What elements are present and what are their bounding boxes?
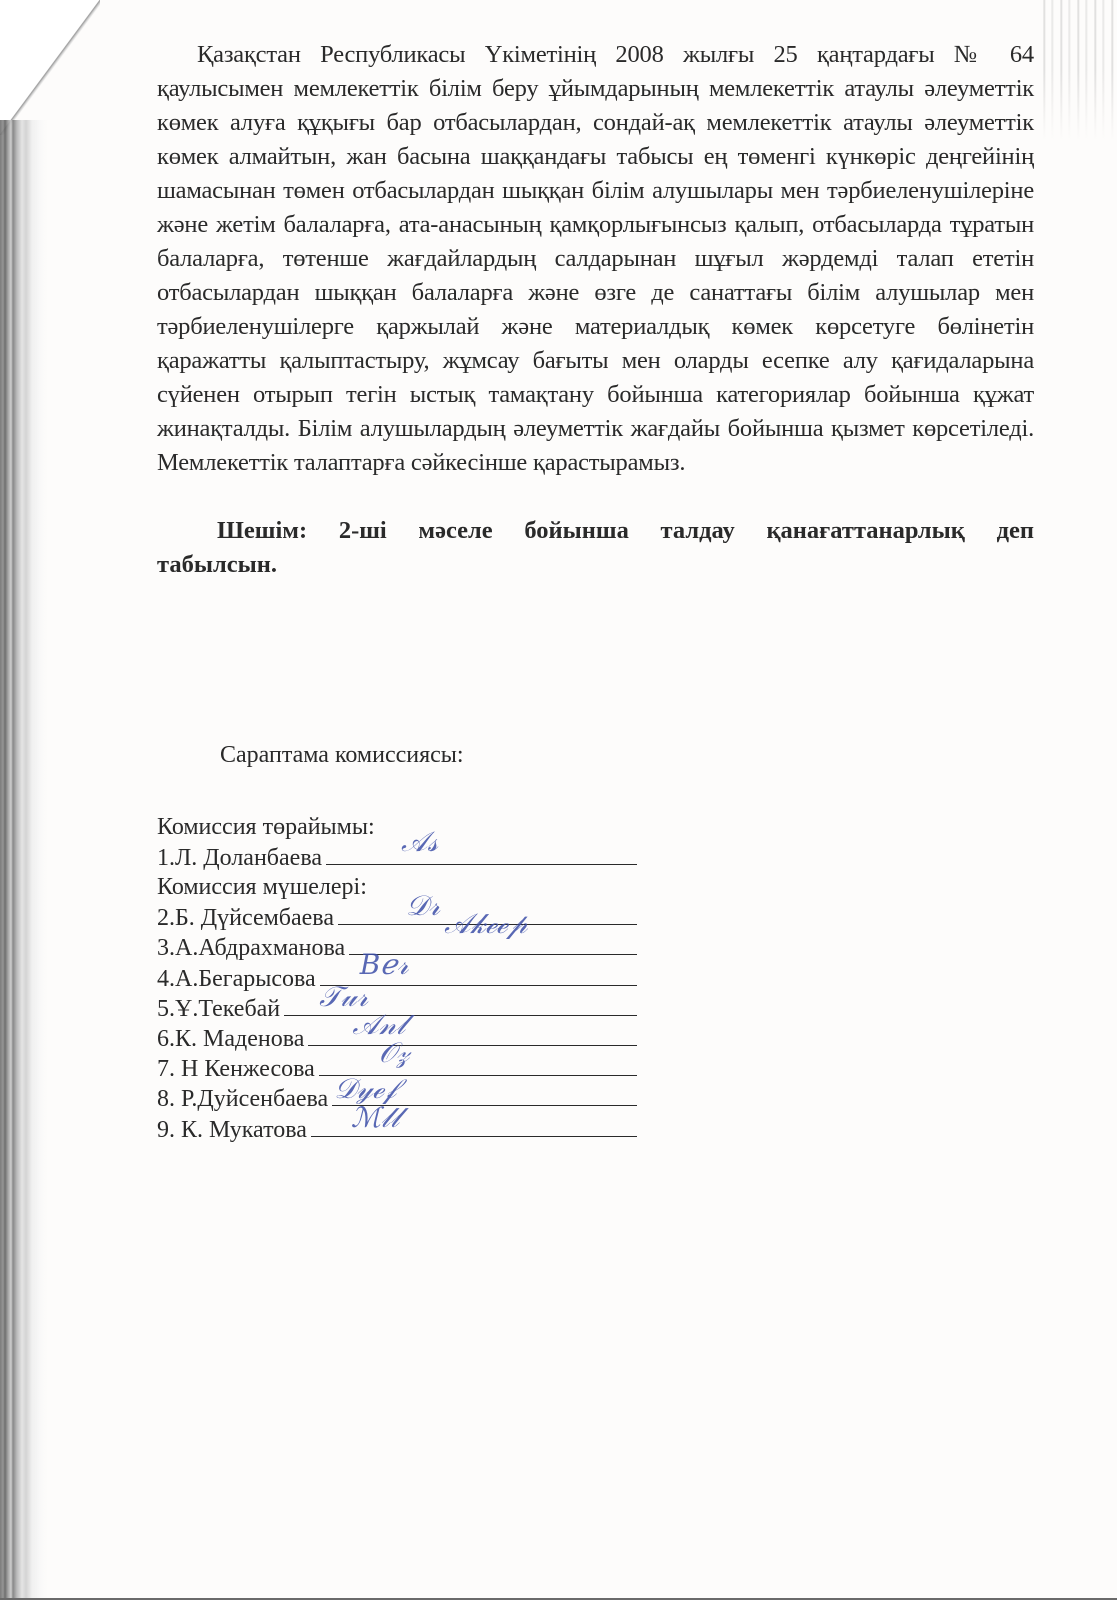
scan-corner-fold: [0, 0, 100, 135]
signatory-name: 9. К. Мукатова: [157, 1115, 307, 1145]
signature-row-member: 8. Р.Дуйсенбаева 𝒟𝓎ℯ𝒻: [157, 1083, 637, 1113]
signature-row-member: 6.К. Маденова 𝒜𝓃𝓁: [157, 1023, 637, 1053]
signature-line: 𝐵ℯ𝓇: [320, 963, 637, 986]
signature-line: 𝒟𝓎ℯ𝒻: [332, 1083, 637, 1106]
main-paragraph: Қазақстан Республикасы Үкіметінің 2008 ж…: [157, 38, 1034, 480]
signatory-name: 5.Ұ.Текебай: [157, 994, 280, 1024]
signatory-name: 4.А.Бегарысова: [157, 964, 316, 994]
signature-row-member: 3.А.Абдрахманова 𝒜𝓀ℯℯ𝓅: [157, 932, 637, 962]
signature-row-chair: 1.Л. Доланбаева 𝒜𝓈: [157, 842, 637, 872]
members-heading: Комиссия мүшелері:: [157, 872, 637, 902]
signatory-name: 1.Л. Доланбаева: [157, 843, 322, 873]
signatory-name: 6.К. Маденова: [157, 1024, 304, 1054]
signature-line: 𝒜𝓃𝓁: [308, 1023, 637, 1046]
scan-edge-fade: [0, 120, 60, 1600]
signature-block: Комиссия төрайымы: 1.Л. Доланбаева 𝒜𝓈 Ко…: [157, 812, 637, 1144]
signature-line: 𝒯𝓊𝓇: [284, 993, 637, 1016]
signature-row-member: 2.Б. Дүйсембаева 𝒟𝓇: [157, 902, 637, 932]
commission-title: Сараптама комиссиясы:: [220, 742, 464, 769]
decision-paragraph: Шешім: 2-ші мәселе бойынша талдау қанаға…: [157, 514, 1034, 582]
signature-row-member: 7. Н Кенжесова 𝒪𝓏: [157, 1053, 637, 1083]
scan-edge-shadow-right: [1037, 0, 1117, 140]
signature-line: ℳ𝓁𝓁: [311, 1114, 637, 1137]
decision-text-end: табылсын.: [157, 551, 277, 578]
signature-line: 𝒪𝓏: [319, 1053, 637, 1076]
document-body: Қазақстан Республикасы Үкіметінің 2008 ж…: [157, 38, 1034, 582]
chair-heading: Комиссия төрайымы:: [157, 812, 637, 842]
signature-line: 𝒜𝓀ℯℯ𝓅: [349, 932, 637, 955]
signature-line: 𝒜𝓈: [326, 842, 637, 865]
signature-line: 𝒟𝓇: [338, 902, 637, 925]
signature-row-member: 9. К. Мукатова ℳ𝓁𝓁: [157, 1114, 637, 1144]
signatory-name: 7. Н Кенжесова: [157, 1054, 315, 1084]
signature-row-member: 4.А.Бегарысова 𝐵ℯ𝓇: [157, 963, 637, 993]
signature-row-member: 5.Ұ.Текебай 𝒯𝓊𝓇: [157, 993, 637, 1023]
signatory-name: 8. Р.Дуйсенбаева: [157, 1084, 328, 1114]
decision-text: Шешім: 2-ші мәселе бойынша талдау қанаға…: [217, 517, 1034, 544]
signatory-name: 2.Б. Дүйсембаева: [157, 903, 334, 933]
signatory-name: 3.А.Абдрахманова: [157, 933, 345, 963]
